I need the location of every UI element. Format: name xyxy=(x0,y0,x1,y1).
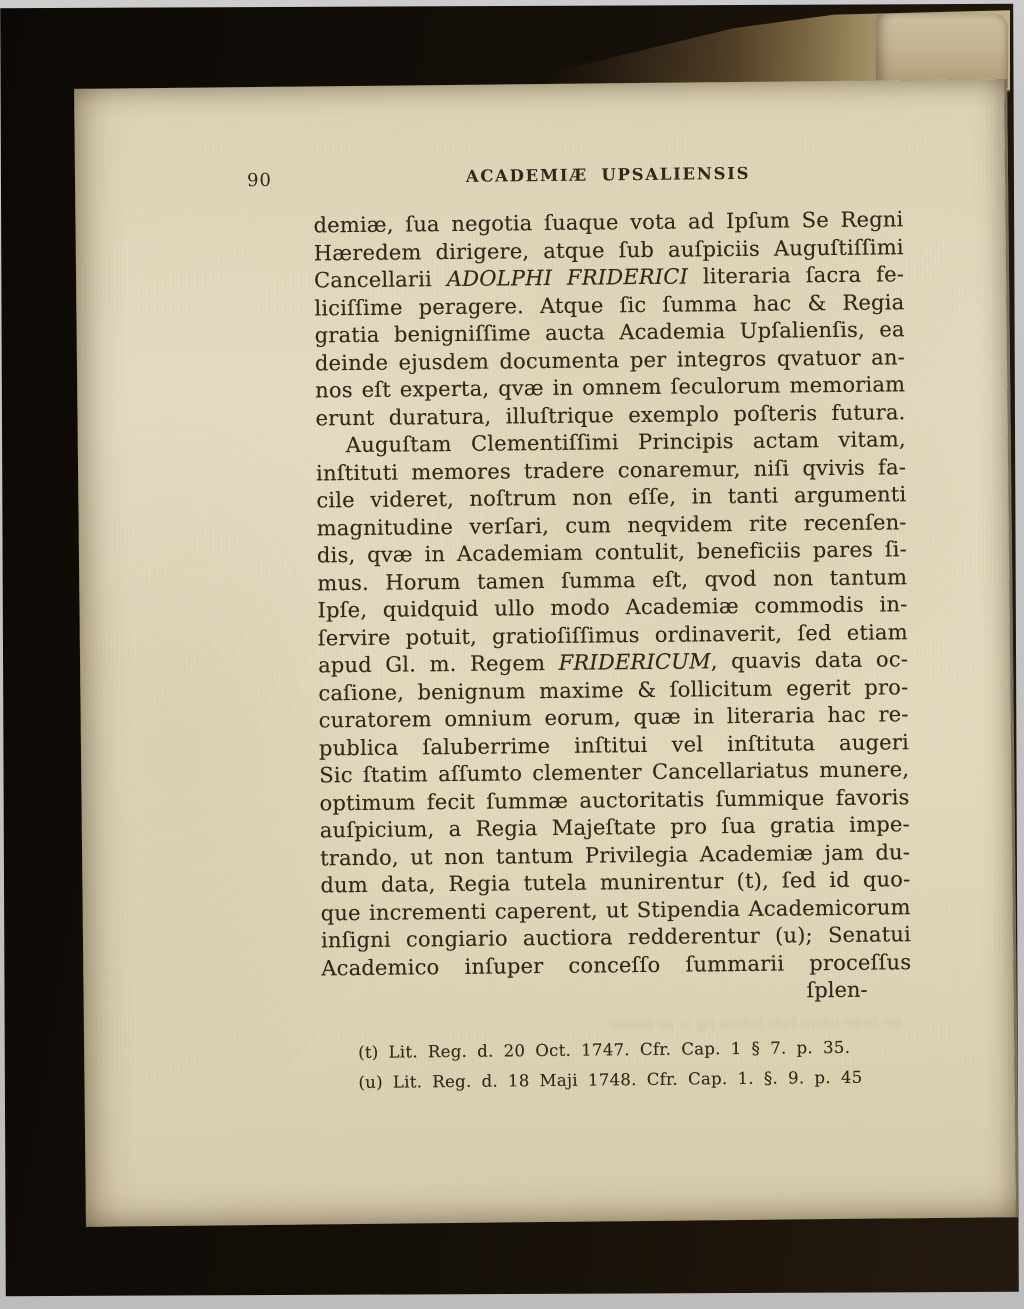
footnote-line: (u) Lit. Reg. d. 18 Maji 1748. Cfr. Cap.… xyxy=(358,1063,878,1098)
catchword: ſplen- xyxy=(321,976,911,1010)
scanned-page: 90 ACADEMIÆ UPSALIENSIS demiæ, ſua negot… xyxy=(74,79,1019,1227)
page-number: 90 xyxy=(247,170,272,191)
body-lines: demiæ, ſua negotia ſuaque vota ad Ipſum … xyxy=(313,206,911,982)
running-title: ACADEMIÆ UPSALIENSIS xyxy=(313,162,903,187)
footnotes: (t) Lit. Reg. d. 20 Oct. 1747. Cfr. Cap.… xyxy=(358,1033,879,1098)
page-stack-edge xyxy=(876,14,1008,88)
scanned-book-photo: 90 ACADEMIÆ UPSALIENSIS demiæ, ſua negot… xyxy=(0,0,1024,1309)
running-header: 90 ACADEMIÆ UPSALIENSIS xyxy=(313,162,903,192)
